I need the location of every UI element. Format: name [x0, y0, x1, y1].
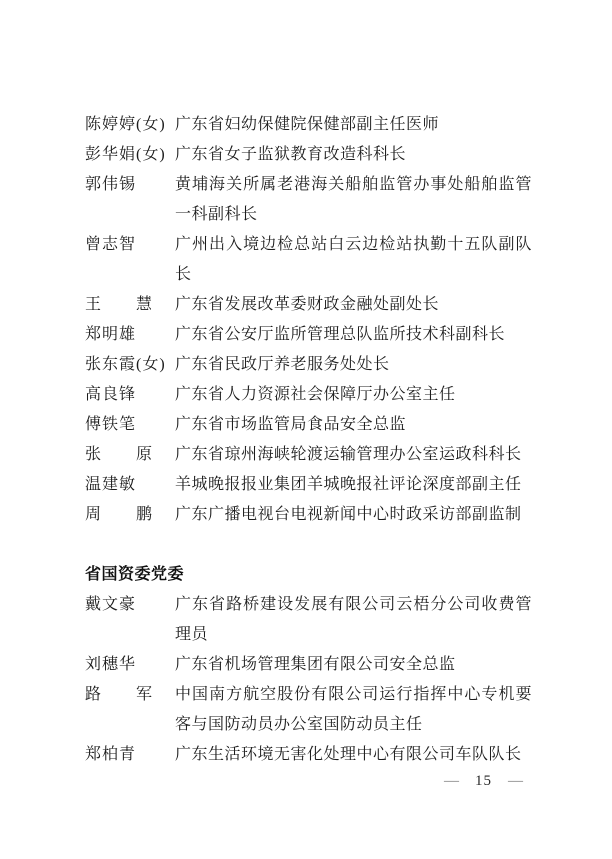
appointments-list: 陈婷婷(女) 广东省妇幼保健院保健部副主任医师 彭华娟(女) 广东省女子监狱教育… — [85, 110, 532, 770]
person-title: 广东生活环境无害化处理中心有限公司车队队长 — [175, 740, 532, 770]
person-title: 广东省民政厅养老服务处处长 — [175, 350, 532, 380]
list-item: 周 鹏 广东广播电视台电视新闻中心时政采访部副监制 — [85, 500, 532, 530]
person-name: 周 鹏 — [85, 500, 175, 530]
person-title: 黄埔海关所属老港海关船舶监管办事处船舶监管一科副科长 — [175, 170, 532, 230]
person-name: 陈婷婷(女) — [85, 110, 175, 140]
section-sasac-party-committee: 省国资委党委 戴文豪 广东省路桥建设发展有限公司云梧分公司收费管理员 刘穗华 广… — [85, 560, 532, 770]
list-item: 张东霞(女) 广东省民政厅养老服务处处长 — [85, 350, 532, 380]
person-title: 广东广播电视台电视新闻中心时政采访部副监制 — [175, 500, 532, 530]
page-number-dash-right: — — [508, 772, 523, 790]
person-title: 广东省发展改革委财政金融处副处长 — [175, 290, 532, 320]
person-name: 王 慧 — [85, 290, 175, 320]
list-item: 郑柏青 广东生活环境无害化处理中心有限公司车队队长 — [85, 740, 532, 770]
person-title: 广东省市场监管局食品安全总监 — [175, 410, 532, 440]
person-title: 广东省琼州海峡轮渡运输管理办公室运政科科长 — [175, 440, 532, 470]
person-title: 羊城晚报报业集团羊城晚报社评论深度部副主任 — [175, 470, 532, 500]
person-title: 广州出入境边检总站白云边检站执勤十五队副队长 — [175, 230, 532, 290]
person-name: 彭华娟(女) — [85, 140, 175, 170]
person-name: 刘穗华 — [85, 650, 175, 680]
person-name: 张东霞(女) — [85, 350, 175, 380]
person-name: 张 原 — [85, 440, 175, 470]
list-item: 高良锋 广东省人力资源社会保障厅办公室主任 — [85, 380, 532, 410]
person-name: 戴文豪 — [85, 590, 175, 620]
section-continued: 陈婷婷(女) 广东省妇幼保健院保健部副主任医师 彭华娟(女) 广东省女子监狱教育… — [85, 110, 532, 530]
section-heading: 省国资委党委 — [85, 560, 532, 590]
list-item: 刘穗华 广东省机场管理集团有限公司安全总监 — [85, 650, 532, 680]
person-name: 高良锋 — [85, 380, 175, 410]
person-name: 郭伟锡 — [85, 170, 175, 200]
list-item: 路 军 中国南方航空股份有限公司运行指挥中心专机要客与国防动员办公室国防动员主任 — [85, 680, 532, 740]
list-item: 王 慧 广东省发展改革委财政金融处副处长 — [85, 290, 532, 320]
person-title: 广东省公安厅监所管理总队监所技术科副科长 — [175, 320, 532, 350]
person-name: 曾志智 — [85, 230, 175, 260]
person-title: 广东省女子监狱教育改造科科长 — [175, 140, 532, 170]
person-title: 广东省妇幼保健院保健部副主任医师 — [175, 110, 532, 140]
list-item: 彭华娟(女) 广东省女子监狱教育改造科科长 — [85, 140, 532, 170]
page-number: 15 — [475, 772, 492, 790]
page-footer: — 15 — — [444, 772, 523, 790]
page: 陈婷婷(女) 广东省妇幼保健院保健部副主任医师 彭华娟(女) 广东省女子监狱教育… — [0, 0, 612, 859]
person-name: 郑明雄 — [85, 320, 175, 350]
page-number-dash-left: — — [444, 772, 459, 790]
person-title: 广东省机场管理集团有限公司安全总监 — [175, 650, 532, 680]
list-item: 郭伟锡 黄埔海关所属老港海关船舶监管办事处船舶监管一科副科长 — [85, 170, 532, 230]
list-item: 陈婷婷(女) 广东省妇幼保健院保健部副主任医师 — [85, 110, 532, 140]
person-name: 傅铁笔 — [85, 410, 175, 440]
person-name: 郑柏青 — [85, 740, 175, 770]
person-title: 广东省路桥建设发展有限公司云梧分公司收费管理员 — [175, 590, 532, 650]
person-name: 温建敏 — [85, 470, 175, 500]
person-title: 广东省人力资源社会保障厅办公室主任 — [175, 380, 532, 410]
list-item: 温建敏 羊城晚报报业集团羊城晚报社评论深度部副主任 — [85, 470, 532, 500]
list-item: 郑明雄 广东省公安厅监所管理总队监所技术科副科长 — [85, 320, 532, 350]
list-item: 张 原 广东省琼州海峡轮渡运输管理办公室运政科科长 — [85, 440, 532, 470]
list-item: 戴文豪 广东省路桥建设发展有限公司云梧分公司收费管理员 — [85, 590, 532, 650]
person-name: 路 军 — [85, 680, 175, 710]
list-item: 傅铁笔 广东省市场监管局食品安全总监 — [85, 410, 532, 440]
document-page: { "document": { "language": "zh-CN", "ki… — [0, 0, 612, 859]
list-item: 曾志智 广州出入境边检总站白云边检站执勤十五队副队长 — [85, 230, 532, 290]
person-title: 中国南方航空股份有限公司运行指挥中心专机要客与国防动员办公室国防动员主任 — [175, 680, 532, 740]
